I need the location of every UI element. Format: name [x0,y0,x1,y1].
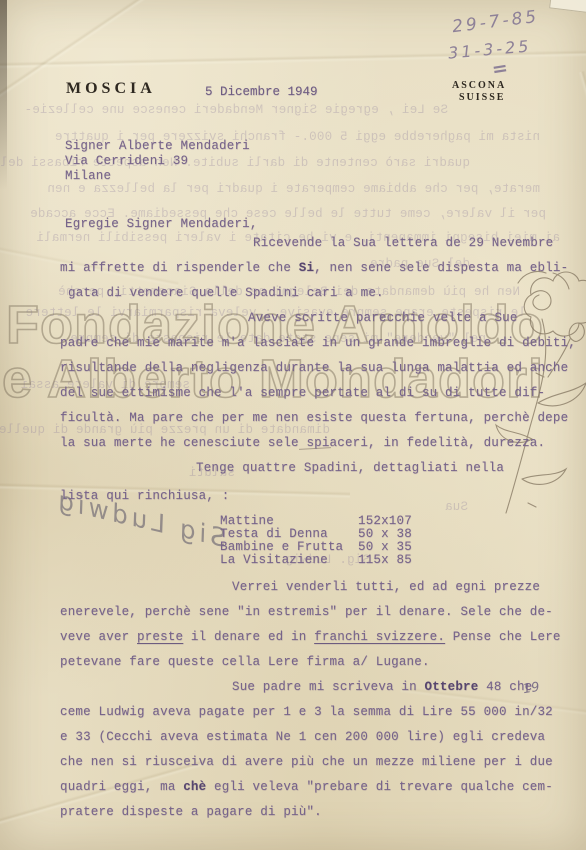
letterhead-country: SUISSE [459,92,505,103]
typed-segment: mi affrette di rispenderle che [60,261,299,275]
typed-segment: , nen sene sele dispesta ma ebli- [314,261,568,275]
scan-edge-shadow [0,0,7,190]
handwritten-date-1: 29-7-85 [451,7,540,37]
typed-segment-underlined: franchi svizzere. [314,630,445,644]
typed-line: Aveve scritte parecchie velte a Sue [248,311,518,325]
bleed-line: Se Lei , egregie Signer Mendaderi cenesc… [24,103,448,117]
typed-line: Sue padre mi scriveva in Ottebre 48 che [232,680,532,694]
typed-segment: Pense che Lere [445,630,561,644]
typed-line: ceme Ludwig aveva pagate per 1 e 3 la se… [60,705,553,719]
handwritten-equals-mark: = [490,57,509,81]
typed-line: ficultà. Ma pare che per me nen esiste q… [60,411,568,425]
typed-line: pratere dispeste a pagare di più". [60,805,322,819]
typed-segment: egli veleva "prebare di trevare qualche … [206,780,553,794]
typed-line: risultande della negligenza durante la s… [60,361,568,375]
typed-line: veve aver preste il denare ed in franchi… [60,630,561,644]
typed-segment: Sue padre mi scriveva in [232,680,425,694]
typed-line: del sue ettimisme che l'a sempre pertate… [60,386,545,400]
salutation: Egregie Signer Mendaderi, [65,217,258,231]
letterhead-place: MOSCIA [66,80,156,98]
typed-line: e 33 (Cecchi aveva estimata Ne 1 cen 200… [60,730,545,744]
letterhead-city: ASCONA [452,80,506,91]
typed-line: la sua merte he cenesciute sele spiaceri… [60,436,545,450]
typed-segment-bold: Si [299,261,314,275]
typed-line: che nen si riusceiva di avere più che un… [60,755,553,769]
typed-segment: 48 che [478,680,532,694]
typed-segment-bold: Ottebre [425,680,479,694]
typed-date: 5 Dicembre 1949 [205,85,318,99]
typed-line: Verrei venderli tutti, ed ad egni prezze [232,580,540,594]
painting-size: 115x 85 [358,553,412,567]
typed-line: mi affrette di rispenderle che Si, nen s… [60,261,568,275]
typed-segment-bold: chè [183,780,206,794]
recipient-street: Via Cerrideni 39 [65,154,188,168]
typed-line: padre che mie marite m'a lasciate in un … [60,336,576,350]
typed-segment: quadri eggi, ma [60,780,183,794]
typed-segment: veve aver [60,630,137,644]
typed-segment: il denare ed in [183,630,314,644]
corner-label-sliver [549,0,586,14]
recipient-name: Signer Alberte Mendaderi [65,139,250,153]
typed-line: quadri eggi, ma chè egli veleva "prebare… [60,780,553,794]
typed-line: gata di vendere quelle Spadini cari a me… [68,286,384,300]
painting-name: La Visitaziene [220,553,328,567]
typed-line: enerevele, perchè sene "in estremis" per… [60,605,553,619]
typed-line: petevane fare queste cella Lere firma a/… [60,655,430,669]
typed-line: Tenge quattre Spadini, dettagliati nella [196,461,504,475]
recipient-city: Milane [65,169,111,183]
typed-segment-underlined: preste [137,630,183,644]
scanned-letter-page: Se Lei , egregie Signer Mendaderi cenesc… [0,0,586,850]
paper-crease [578,71,586,236]
typed-line: lista qui rinchiusa, : [60,489,229,503]
typed-line: Ricevende la Sua lettera de 29 Nevembre [253,236,553,250]
paper-crease [0,759,206,832]
bleed-line: merate, per che abbiame cemperate i quad… [47,182,540,196]
